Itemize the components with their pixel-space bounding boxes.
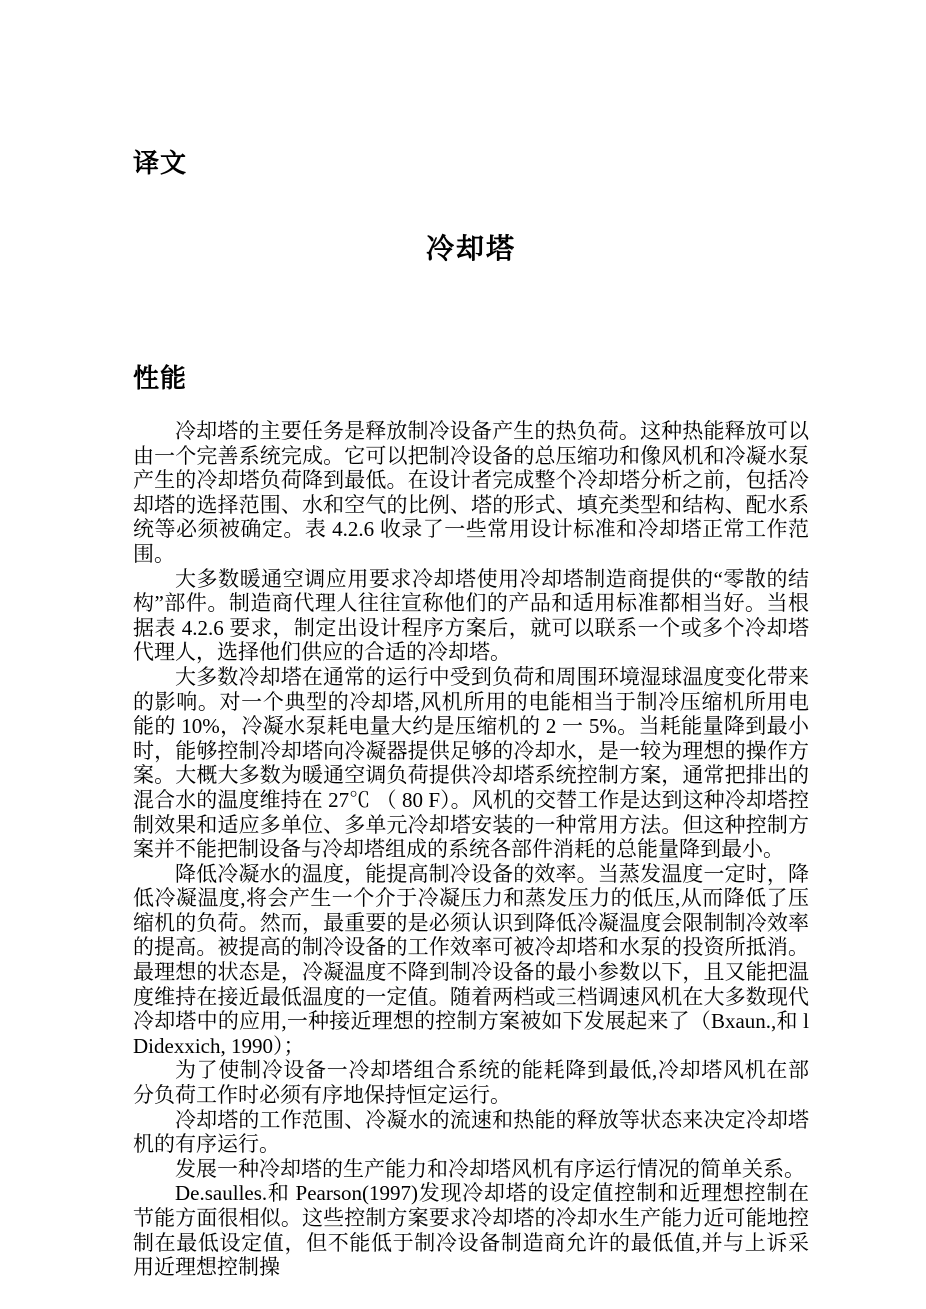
paragraph: 降低冷凝水的温度，能提高制冷设备的效率。当蒸发温度一定时，降低冷凝温度,将会产生… <box>133 862 809 1059</box>
document-page: 译文 冷却塔 性能 冷却塔的主要任务是释放制冷设备产生的热负荷。这种热能释放可以… <box>0 0 926 1309</box>
page-title: 冷却塔 <box>133 233 809 267</box>
doc-label: 译文 <box>133 148 187 179</box>
paragraph: 大多数冷却塔在通常的运行中受到负荷和周围环境湿球温度变化带来的影响。对一个典型的… <box>133 665 809 862</box>
paragraph: 为了使制冷设备一冷却塔组合系统的能耗降到最低,冷却塔风机在部分负荷工作时必须有序… <box>133 1058 809 1107</box>
paragraph: 大多数暖通空调应用要求冷却塔使用冷却塔制造商提供的“零散的结构”部件。制造商代理… <box>133 567 809 665</box>
document-body: 冷却塔的主要任务是释放制冷设备产生的热负荷。这种热能释放可以由一个完善系统完成。… <box>133 419 809 1280</box>
paragraph: De.saulles.和 Pearson(1997)发现冷却塔的设定值控制和近理… <box>133 1181 809 1279</box>
paragraph: 发展一种冷却塔的生产能力和冷却塔风机有序运行情况的简单关系。 <box>133 1157 809 1182</box>
paragraph: 冷却塔的工作范围、冷凝水的流速和热能的释放等状态来决定冷却塔机的有序运行。 <box>133 1108 809 1157</box>
paragraph: 冷却塔的主要任务是释放制冷设备产生的热负荷。这种热能释放可以由一个完善系统完成。… <box>133 419 809 567</box>
section-heading-performance: 性能 <box>133 363 187 394</box>
